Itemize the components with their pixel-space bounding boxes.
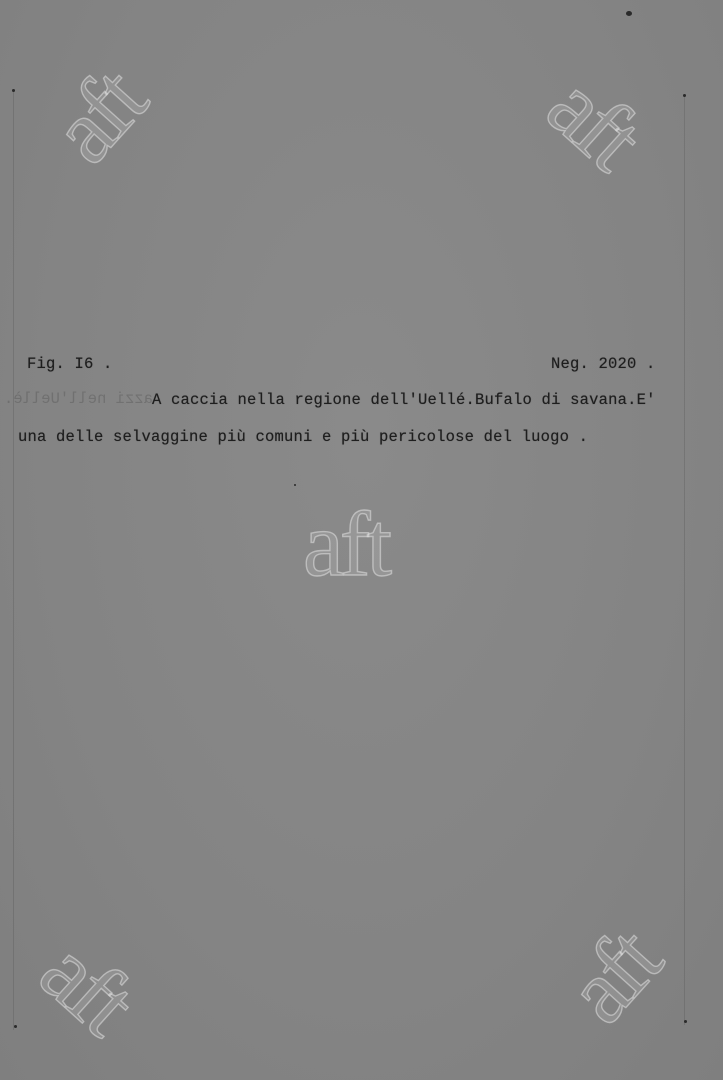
figure-label: Fig. I6 . xyxy=(27,355,113,373)
page-edge-right xyxy=(684,95,685,1025)
caption-line-2: una delle selvaggine più comuni e più pe… xyxy=(18,428,588,446)
negative-label: Neg. 2020 . xyxy=(551,355,656,373)
watermark: aft xyxy=(25,923,150,1048)
ink-speck xyxy=(12,89,15,92)
ink-speck xyxy=(683,94,686,97)
ink-speck xyxy=(294,484,296,486)
ink-speck xyxy=(14,1025,17,1028)
ink-speck xyxy=(626,11,632,16)
watermark: aft xyxy=(532,58,657,183)
ink-speck xyxy=(684,1020,687,1023)
page-edge-left xyxy=(13,90,14,1030)
watermark: aft xyxy=(303,498,388,590)
watermark: aft xyxy=(35,54,160,179)
bleed-through-text: azzi nell'Uellè. xyxy=(4,390,153,408)
watermark: aft xyxy=(550,914,675,1039)
caption-line-1: A caccia nella regione dell'Uellé.Bufalo… xyxy=(152,391,656,409)
scanned-page: aft aft aft aft aft azzi nell'Uellè. Fig… xyxy=(0,0,723,1080)
